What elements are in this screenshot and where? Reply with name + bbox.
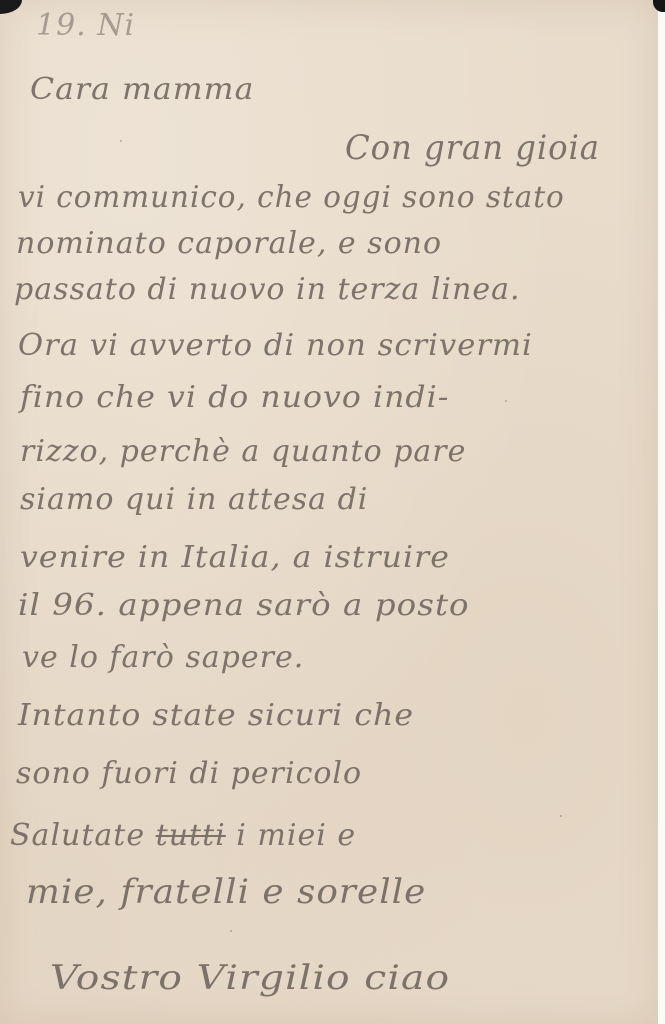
closing-word-salutate: Salutate (10, 818, 145, 853)
letter-line-11: ve lo farò sapere. (22, 640, 304, 675)
letter-line-7: rizzo, perchè a quanto pare (20, 434, 466, 469)
salutation: Cara mamma (30, 72, 254, 107)
letter-line-3: nominato caporale, e sono (16, 226, 442, 261)
struck-word-tutti: tutti (156, 818, 226, 853)
letter-line-13: sono fuori di pericolo (16, 756, 362, 791)
paper-speck (505, 400, 507, 402)
paper-speck (560, 815, 562, 817)
closing-words-miei: i miei e (236, 818, 356, 853)
letter-line-9: venire in Italia, a istruire (20, 540, 450, 575)
postcard: 19. Ni Cara mamma Con gran gioia vi comm… (0, 0, 658, 1024)
scan-shadow-corner (0, 0, 22, 14)
letter-line-5: Ora vi avverto di non scrivermi (18, 328, 533, 363)
letter-line-10: il 96. appena sarò a posto (18, 588, 470, 623)
signature: Vostro Virgilio ciao (50, 958, 450, 998)
paper-speck (300, 610, 302, 612)
date-fragment: 19. Ni (36, 8, 135, 43)
paper-speck (230, 930, 232, 932)
scan-margin (658, 12, 665, 1024)
letter-line-12: Intanto state sicuri che (18, 698, 414, 733)
closing-line-2: mie, fratelli e sorelle (26, 872, 426, 912)
paper-speck (120, 140, 122, 142)
closing-line-1: Salutate tutti i miei e (10, 818, 356, 853)
letter-line-6: fino che vi do nuovo indi- (20, 380, 449, 415)
letter-line-2: vi communico, che oggi sono stato (18, 180, 565, 215)
letter-line-8: siamo qui in attesa di (20, 482, 368, 517)
letter-line-1: Con gran gioia (345, 128, 600, 168)
letter-line-4: passato di nuovo in terza linea. (14, 272, 521, 307)
